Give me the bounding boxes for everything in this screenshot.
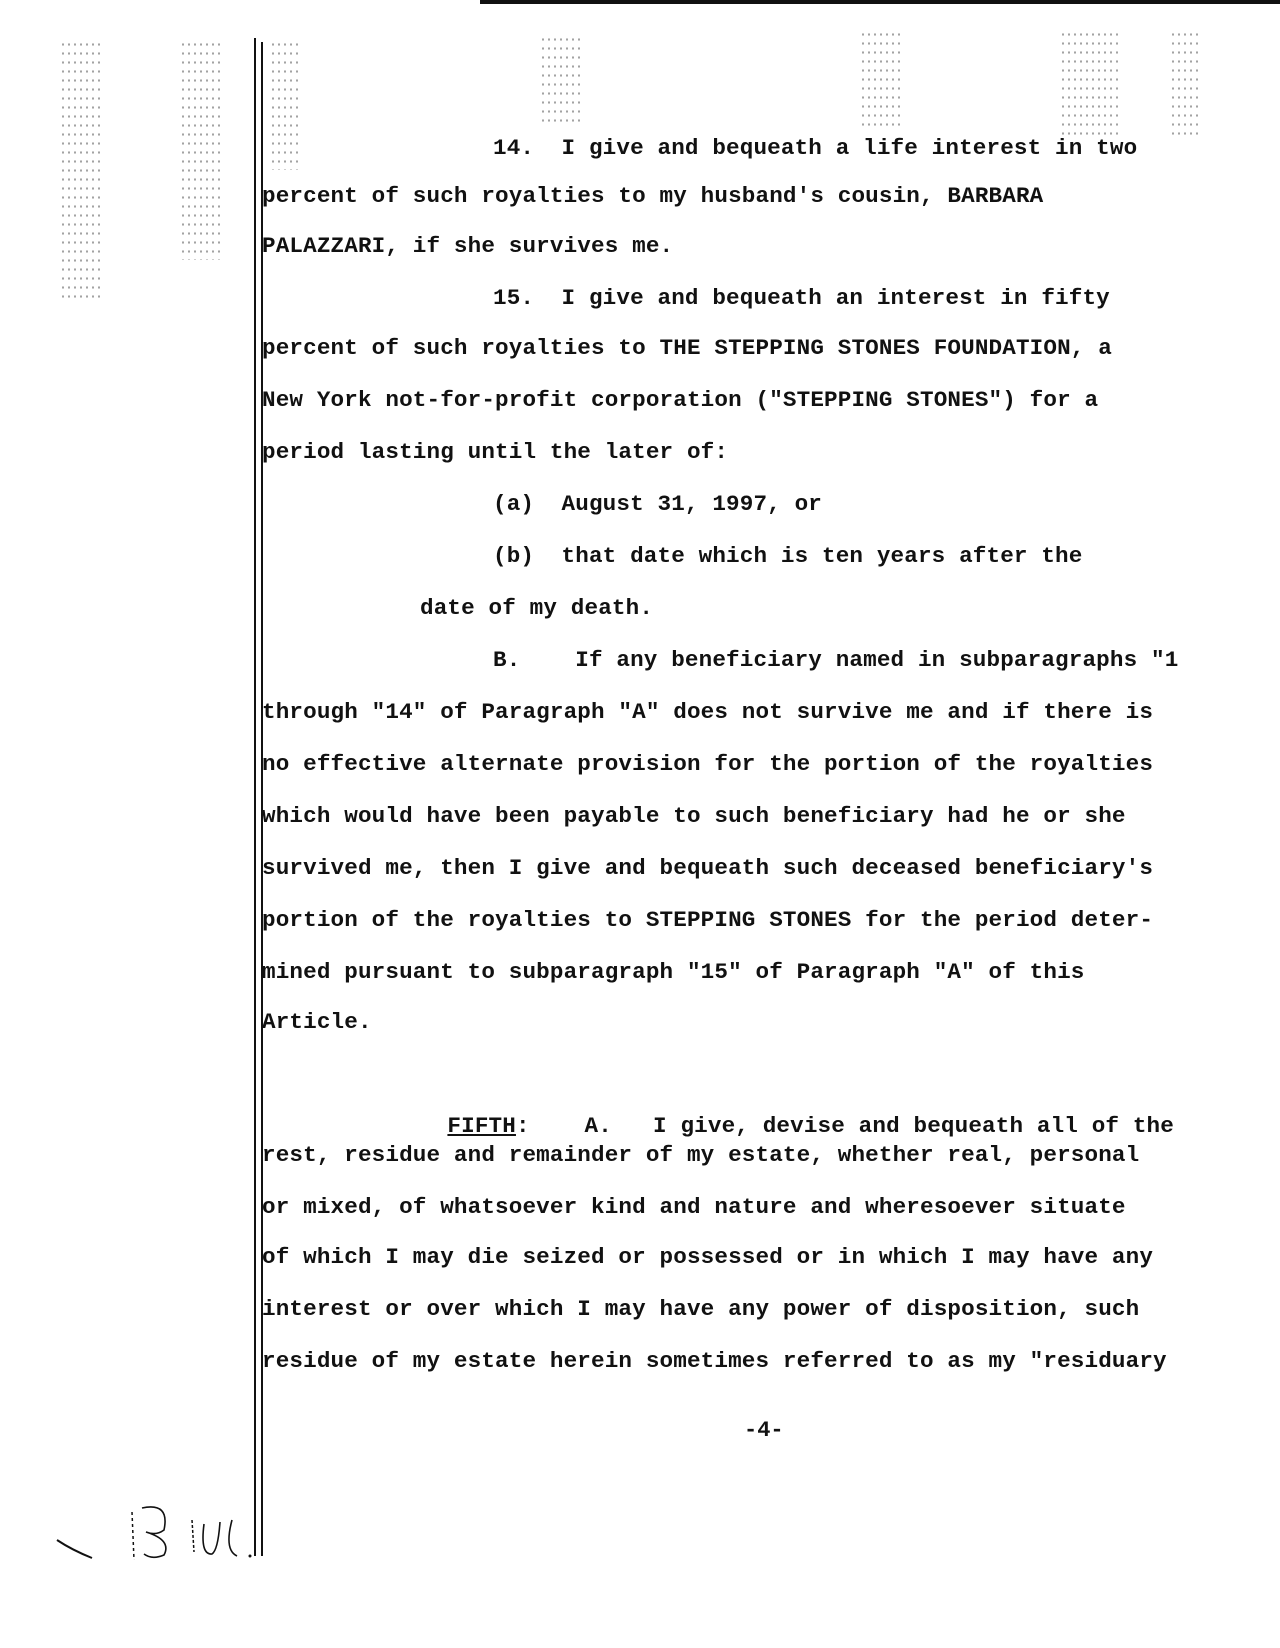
body-line: portion of the royalties to STEPPING STO… — [262, 909, 1153, 932]
body-line: which would have been payable to such be… — [262, 805, 1126, 828]
margin-rule-left — [254, 38, 256, 1556]
scan-noise — [1170, 30, 1200, 140]
body-line: period lasting until the later of: — [262, 441, 728, 464]
body-line: PALAZZARI, if she survives me. — [262, 235, 673, 258]
scan-noise — [860, 30, 900, 130]
body-line: survived me, then I give and bequeath su… — [262, 857, 1153, 880]
body-line: 14. I give and bequeath a life interest … — [493, 137, 1137, 160]
body-line: through "14" of Paragraph "A" does not s… — [262, 701, 1153, 724]
body-line: date of my death. — [420, 597, 653, 620]
body-line: no effective alternate provision for the… — [262, 753, 1153, 776]
body-line: mined pursuant to subparagraph "15" of P… — [262, 961, 1085, 984]
scan-noise — [1060, 30, 1120, 140]
article-fifth-heading-line: FIFTH: A. I give, devise and bequeath al… — [420, 1092, 1174, 1137]
body-line: B. If any beneficiary named in subparagr… — [493, 649, 1178, 672]
body-line: of which I may die seized or possessed o… — [262, 1246, 1153, 1269]
page-number: -4- — [744, 1418, 784, 1443]
margin-rule-right — [261, 42, 263, 1556]
handwritten-initials — [52, 1500, 252, 1570]
body-line: rest, residue and remainder of my estate… — [262, 1144, 1139, 1167]
article-fifth-heading: FIFTH — [447, 1113, 516, 1139]
scan-noise — [60, 40, 100, 300]
body-line: 15. I give and bequeath an interest in f… — [493, 287, 1110, 310]
body-line: (b) that date which is ten years after t… — [493, 545, 1082, 568]
top-edge-rule — [480, 0, 1280, 4]
body-line: New York not-for-profit corporation ("ST… — [262, 389, 1098, 412]
body-line: residue of my estate herein sometimes re… — [262, 1350, 1167, 1373]
scan-noise — [540, 35, 580, 125]
scan-noise — [180, 40, 220, 260]
article-fifth-heading-text: : A. I give, devise and bequeath all of … — [516, 1113, 1174, 1139]
body-line: percent of such royalties to THE STEPPIN… — [262, 337, 1112, 360]
body-line: interest or over which I may have any po… — [262, 1298, 1139, 1321]
body-line: (a) August 31, 1997, or — [493, 493, 822, 516]
body-line: or mixed, of whatsoever kind and nature … — [262, 1196, 1126, 1219]
body-line: percent of such royalties to my husband'… — [262, 185, 1043, 208]
scan-noise — [270, 40, 300, 170]
body-line: Article. — [262, 1011, 372, 1034]
